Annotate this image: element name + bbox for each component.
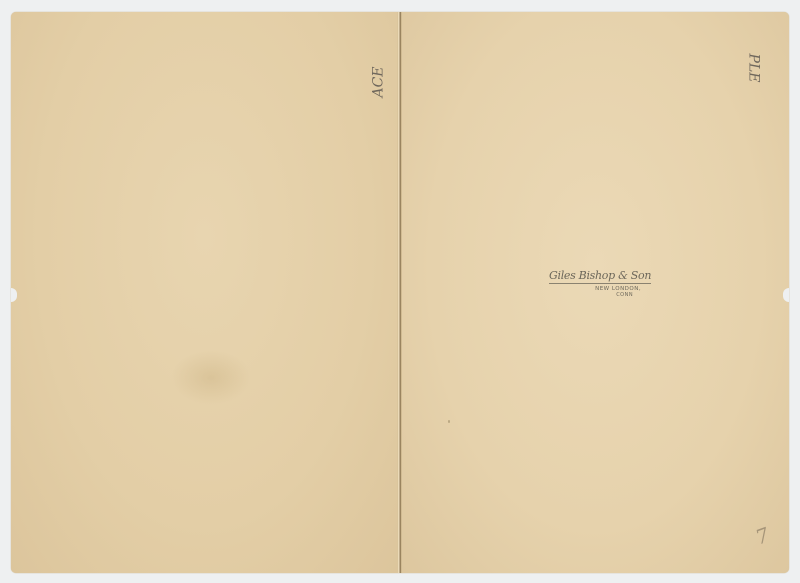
handwritten-note-right: PLE — [745, 54, 761, 83]
right-notch — [783, 288, 789, 302]
photographer-imprint: Giles Bishop & Son NEW LONDON, CONN — [549, 269, 651, 298]
stain — [171, 350, 251, 405]
left-panel — [11, 12, 398, 573]
photo-folder: ACE PLE 7 Giles Bishop & Son NEW LONDON,… — [11, 12, 789, 573]
imprint-state: CONN — [549, 292, 633, 298]
imprint-signature: Giles Bishop & Son — [549, 269, 651, 284]
left-notch — [11, 288, 17, 302]
handwritten-note-left: ACE — [371, 66, 387, 97]
speck — [448, 420, 450, 423]
